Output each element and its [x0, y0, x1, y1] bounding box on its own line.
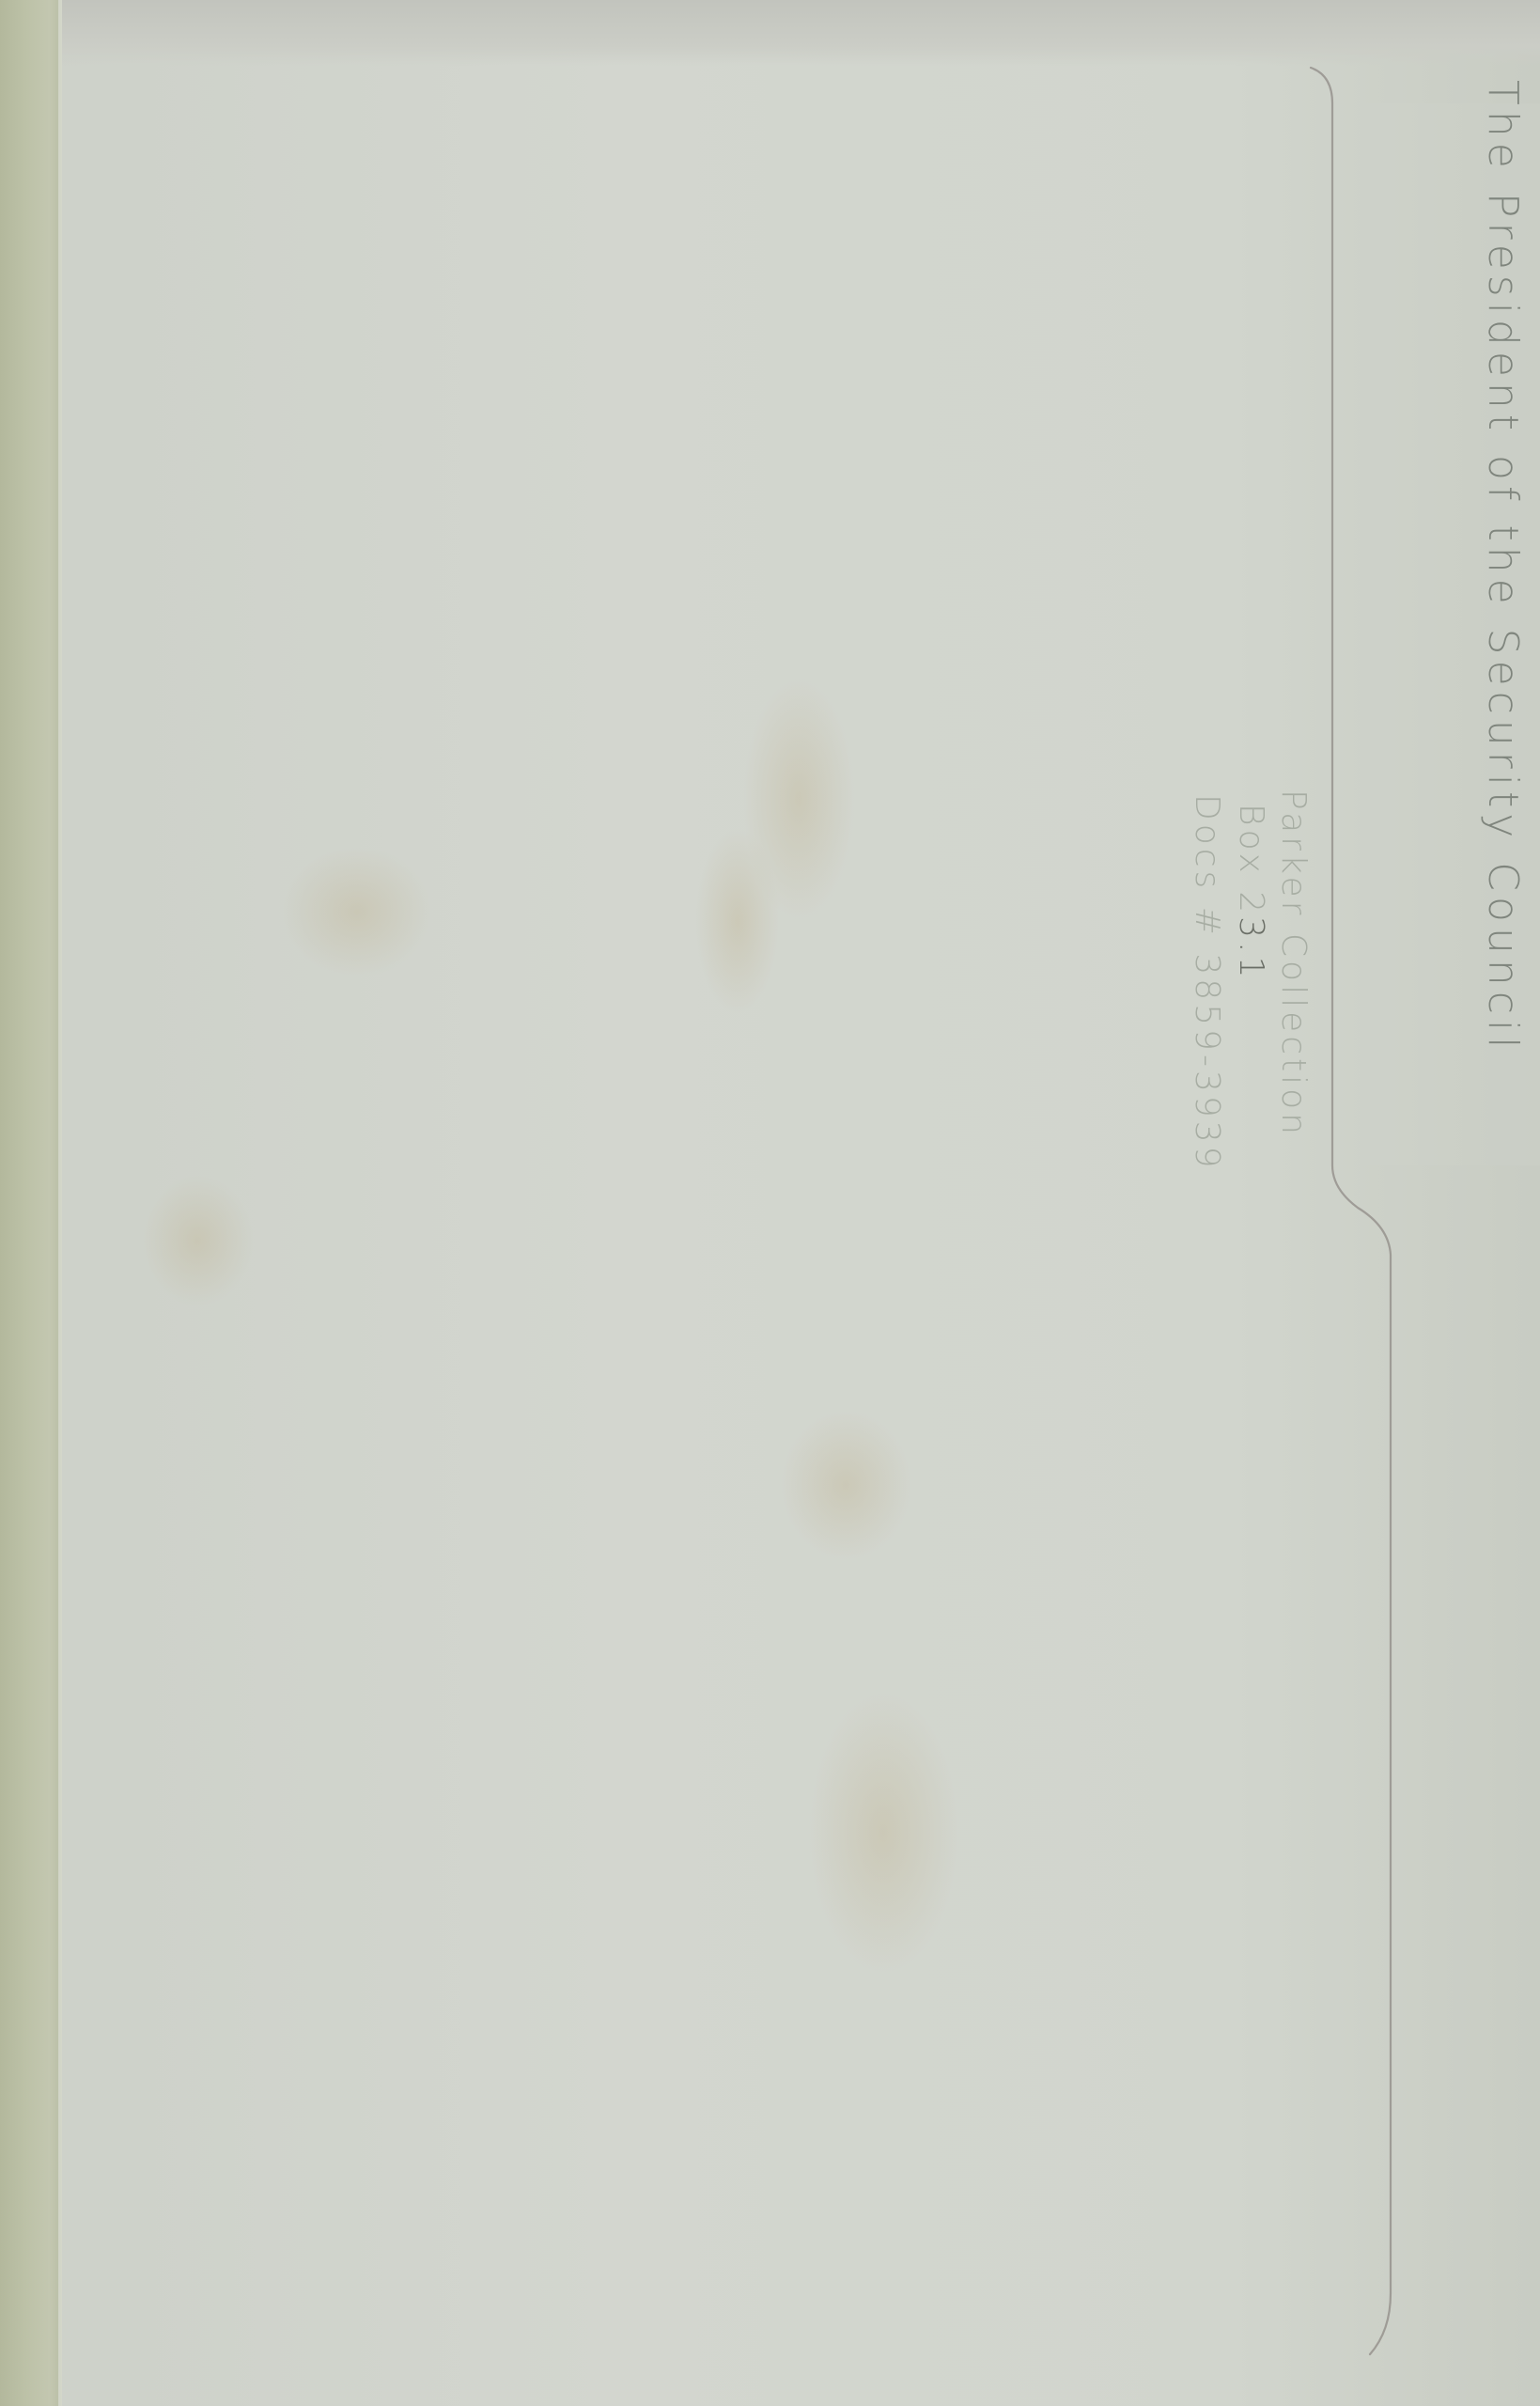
- paper-stain: [141, 1175, 254, 1306]
- collection-name: Parker Collection: [1275, 789, 1311, 1138]
- box-number-prefix: Box 2: [1232, 804, 1270, 916]
- paper-stain: [695, 827, 780, 1015]
- paper-stain: [282, 846, 432, 977]
- box-number: Box 23.1: [1233, 804, 1268, 981]
- folder-tab-label: The President of the Security Council: [1479, 80, 1527, 1054]
- paper-stain: [808, 1692, 958, 1974]
- box-number-suffix: 3.1: [1232, 916, 1270, 981]
- document-range: Docs # 3859-3939: [1189, 794, 1224, 1172]
- paper-stain: [780, 1410, 911, 1560]
